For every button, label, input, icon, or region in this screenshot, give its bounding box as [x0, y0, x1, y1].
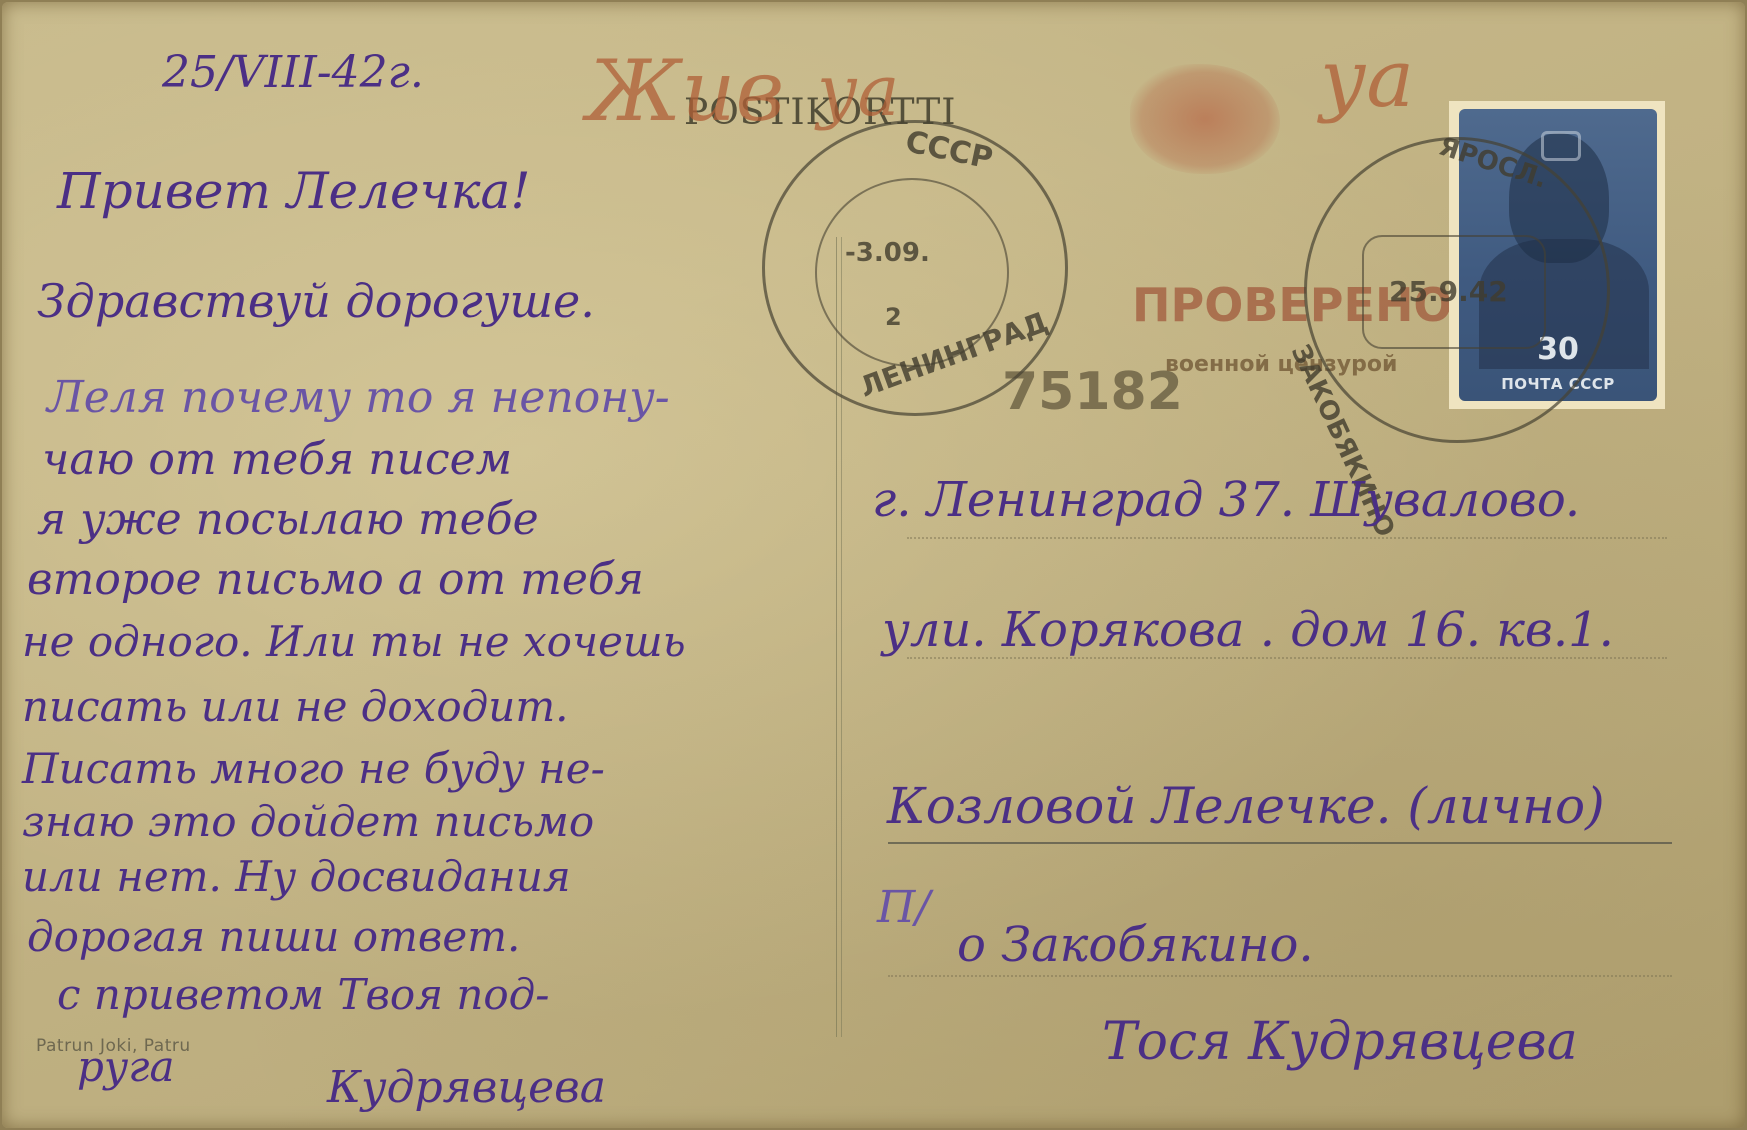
- address-recipient: Козловой Лелечке. (лично): [887, 777, 1605, 835]
- postmark-leningrad: СССР ЛЕНИНГРАД -3.09. 2: [762, 120, 1068, 416]
- red-pencil-mark-left: Жив: [587, 42, 784, 140]
- address-rule-4: [888, 975, 1672, 977]
- message-line: или нет. Ну досвидания: [22, 852, 571, 901]
- address-city: г. Ленинград 37. Шуваловo.: [872, 472, 1580, 528]
- message-line: чаю от тебя писем: [42, 434, 512, 485]
- address-street: ули. Корякова . дом 16. кв.1.: [882, 602, 1614, 658]
- message-signature: Кудрявцева: [327, 1062, 606, 1113]
- address-sender: Тося Кудрявцева: [1102, 1012, 1578, 1072]
- message-line: дорогая пиши ответ.: [27, 912, 520, 961]
- censor-number: 75182: [1002, 362, 1183, 422]
- message-line: руга: [77, 1042, 175, 1091]
- postmark-leningrad-date: -3.09.: [845, 238, 930, 268]
- message-line: не одного. Или ты не хочешь: [22, 617, 686, 666]
- message-greeting: Привет Лелечка!: [57, 162, 530, 220]
- message-date: 25/VIII-42г.: [162, 47, 424, 98]
- address-rule-3: [888, 842, 1672, 844]
- address-rule-1: [907, 537, 1667, 539]
- postmark-leningrad-number: 2: [885, 303, 902, 331]
- address-po-prefix: П/: [877, 882, 930, 933]
- message-line: я уже посылаю тебе: [37, 494, 539, 545]
- message-line: Писать много не буду не-: [22, 744, 605, 793]
- postcard: POSTIKORTTI Patrun Joki, Patru Жив уа уа…: [2, 2, 1745, 1128]
- message-line: второе письмо а от тебя: [27, 554, 644, 605]
- postmark-leningrad-top: СССР: [902, 124, 995, 177]
- red-pencil-mark-mid: уа: [817, 50, 899, 132]
- message-line: знаю это дойдет письмо: [22, 797, 594, 846]
- message-line: с приветом Твоя под-: [57, 970, 550, 1019]
- red-pencil-mark-right: уа: [1320, 32, 1414, 125]
- postmark-zakobyakino: ЯРОСЛ. ЗАКОБЯКИНО 25.9.42: [1304, 137, 1610, 443]
- message-line: Здравствуй дорогуше.: [37, 274, 595, 328]
- message-line: Леля почему то я непону-: [47, 372, 670, 423]
- postmark-zakobyakino-date: 25.9.42: [1389, 275, 1508, 308]
- red-ink-blot: [1130, 64, 1280, 174]
- message-line: писать или не доходит.: [22, 682, 569, 731]
- address-village: о Закобякино.: [957, 917, 1314, 973]
